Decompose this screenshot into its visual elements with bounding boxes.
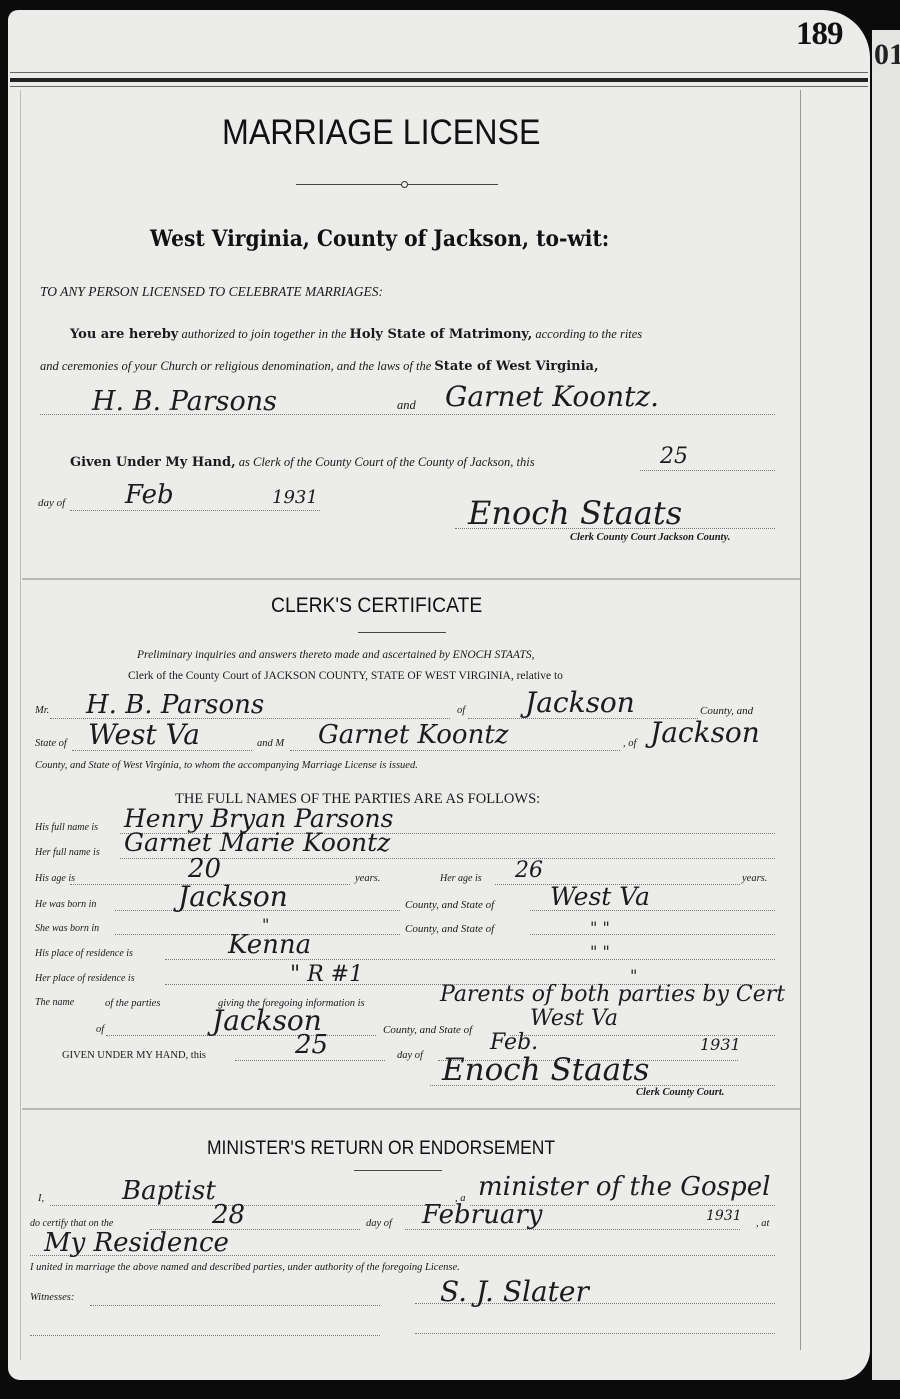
county-state-label-1: County, and State of: [405, 899, 494, 911]
witnesses-label: Witnesses:: [30, 1292, 74, 1303]
her-age[interactable]: 26: [515, 858, 543, 883]
his-age-label: His age is: [35, 873, 75, 884]
title-ornament-left: [296, 184, 402, 185]
mr-label: Mr.: [35, 705, 49, 716]
license-month[interactable]: Feb: [125, 480, 174, 510]
minister-day[interactable]: 28: [212, 1200, 245, 1230]
jurisdiction-heading: West Virginia, County of Jackson, to-wit…: [150, 226, 609, 252]
her-residence-label: Her place of residence is: [35, 973, 135, 984]
header-rule: [10, 86, 868, 87]
adjacent-page-edge: 01: [872, 30, 900, 1380]
at-label: , at: [756, 1218, 769, 1229]
he-born-state[interactable]: West Va: [550, 882, 650, 911]
his-residence-ditto: " ": [590, 942, 610, 961]
minister-denomination[interactable]: Baptist: [122, 1176, 216, 1206]
license-title: MARRIAGE LICENSE: [222, 113, 541, 153]
witness-line-2[interactable]: [30, 1335, 380, 1336]
minister-return-title: MINISTER'S RETURN OR ENDORSEMENT: [207, 1138, 555, 1160]
his-residence-label: His place of residence is: [35, 948, 133, 959]
minister-month[interactable]: February: [422, 1200, 542, 1230]
certificate-intro-2: Clerk of the County Court of JACKSON COU…: [128, 670, 563, 682]
i-label: I,: [38, 1193, 44, 1204]
adjacent-page-number: 01: [874, 38, 900, 72]
she-born-state-line: [530, 934, 775, 935]
body-text-1: authorized to join together in the: [181, 327, 346, 341]
cert-bride-name[interactable]: Garnet Koontz: [318, 720, 508, 750]
body-bl-3: State of West Virginia,: [434, 359, 598, 374]
cert-given-year[interactable]: 1931: [700, 1035, 741, 1054]
day-of-label: day of: [38, 497, 65, 509]
cert-bride-county[interactable]: Jackson: [650, 716, 760, 749]
cert-groom-state[interactable]: West Va: [88, 718, 200, 751]
years-label-1: years.: [355, 873, 380, 884]
of-label: of: [457, 705, 465, 716]
title-ornament-right: [408, 184, 498, 185]
informant-label-2: of the parties: [105, 998, 160, 1009]
license-body-line2: and ceremonies of your Church or religio…: [40, 359, 599, 374]
given-under-hand-label: GIVEN UNDER MY HAND, this: [62, 1050, 206, 1061]
page-number: 189: [796, 16, 843, 53]
license-given-day[interactable]: 25: [660, 444, 688, 469]
given-bl: Given Under My Hand,: [70, 455, 236, 470]
he-born-county[interactable]: Jackson: [178, 880, 288, 913]
his-name-label: His full name is: [35, 822, 98, 833]
cert-given-day[interactable]: 25: [295, 1030, 328, 1060]
cert-groom-name[interactable]: H. B. Parsons: [86, 690, 264, 720]
united-statement: I united in marriage the above named and…: [30, 1262, 460, 1273]
section-separator: [22, 578, 800, 580]
given-text: as Clerk of the County Court of the Coun…: [239, 455, 535, 469]
he-born-label: He was born in: [35, 899, 96, 910]
informant-label-1: The name: [35, 997, 74, 1008]
minister-year[interactable]: 1931: [706, 1208, 742, 1224]
right-margin-line: [800, 90, 801, 1350]
of-label-2: , of: [623, 738, 636, 749]
county-state-label-2: County, and State of: [405, 923, 494, 935]
body-bl-1: You are hereby: [70, 327, 178, 342]
informant-state[interactable]: West Va: [530, 1006, 618, 1031]
her-full-name[interactable]: Garnet Marie Koontz: [124, 828, 390, 857]
license-clerk-signature: Enoch Staats: [468, 494, 682, 532]
certificate-intro-1: Preliminary inquiries and answers theret…: [137, 649, 534, 661]
clerk-title: Clerk County Court Jackson County.: [570, 532, 730, 543]
informant-name[interactable]: Parents of both parties by Cert: [440, 982, 785, 1007]
minister-day-of-label: day of: [366, 1218, 392, 1229]
years-label-2: years.: [742, 873, 767, 884]
title-ornament-circle: [401, 181, 408, 188]
her-age-label: Her age is: [440, 873, 482, 884]
header-rule-thick: [10, 78, 868, 82]
minister-role[interactable]: minister of the Gospel: [478, 1172, 770, 1202]
she-born-state[interactable]: " ": [590, 918, 610, 937]
marriage-location[interactable]: My Residence: [44, 1228, 229, 1258]
minister-name-line: [50, 1205, 455, 1206]
her-name-label: Her full name is: [35, 847, 100, 858]
minister-signature: S. J. Slater: [440, 1275, 589, 1308]
month-line: [70, 510, 320, 511]
cert-clerk-signature: Enoch Staats: [442, 1052, 649, 1088]
left-margin-line: [20, 90, 21, 1360]
county-state-label-3: County, and State of: [383, 1024, 472, 1036]
witness-line-1[interactable]: [90, 1305, 380, 1306]
body-text-3: and ceremonies of your Church or religio…: [40, 359, 431, 373]
license-bride-name[interactable]: Garnet Koontz.: [445, 380, 659, 413]
signature-line-2: [415, 1333, 775, 1334]
minister-title-rule: [354, 1170, 442, 1171]
cert-signature-title: Clerk County Court.: [636, 1087, 724, 1098]
cert-groom-county[interactable]: Jackson: [525, 686, 635, 719]
license-body-line1: You are hereby authorized to join togeth…: [70, 327, 642, 342]
informant-of-label: of: [96, 1024, 104, 1035]
header-rule: [10, 72, 868, 73]
given-day-line: [640, 470, 775, 471]
section-separator: [22, 1108, 800, 1110]
his-residence[interactable]: Kenna: [228, 930, 311, 960]
her-residence[interactable]: " R #1: [290, 962, 363, 987]
clerk-certificate-title: CLERK'S CERTIFICATE: [271, 594, 482, 618]
license-year[interactable]: 1931: [272, 487, 318, 508]
given-under-hand-line: Given Under My Hand, as Clerk of the Cou…: [70, 455, 535, 470]
cert-given-day-line: [235, 1060, 385, 1061]
license-address: TO ANY PERSON LICENSED TO CELEBRATE MARR…: [40, 284, 383, 300]
certificate-closing: County, and State of West Virginia, to w…: [35, 760, 418, 771]
body-text-2: according to the rites: [535, 327, 642, 341]
and-label: and: [397, 398, 416, 413]
certificate-title-rule: [358, 632, 446, 633]
body-bl-2: Holy State of Matrimony,: [350, 327, 533, 342]
bride-line: [290, 750, 620, 751]
cert-day-of-label: day of: [397, 1050, 423, 1061]
license-groom-name[interactable]: H. B. Parsons: [92, 386, 277, 417]
and-m-label: and M: [257, 738, 284, 749]
she-born-label: She was born in: [35, 923, 99, 934]
state-of-label: State of: [35, 738, 67, 749]
